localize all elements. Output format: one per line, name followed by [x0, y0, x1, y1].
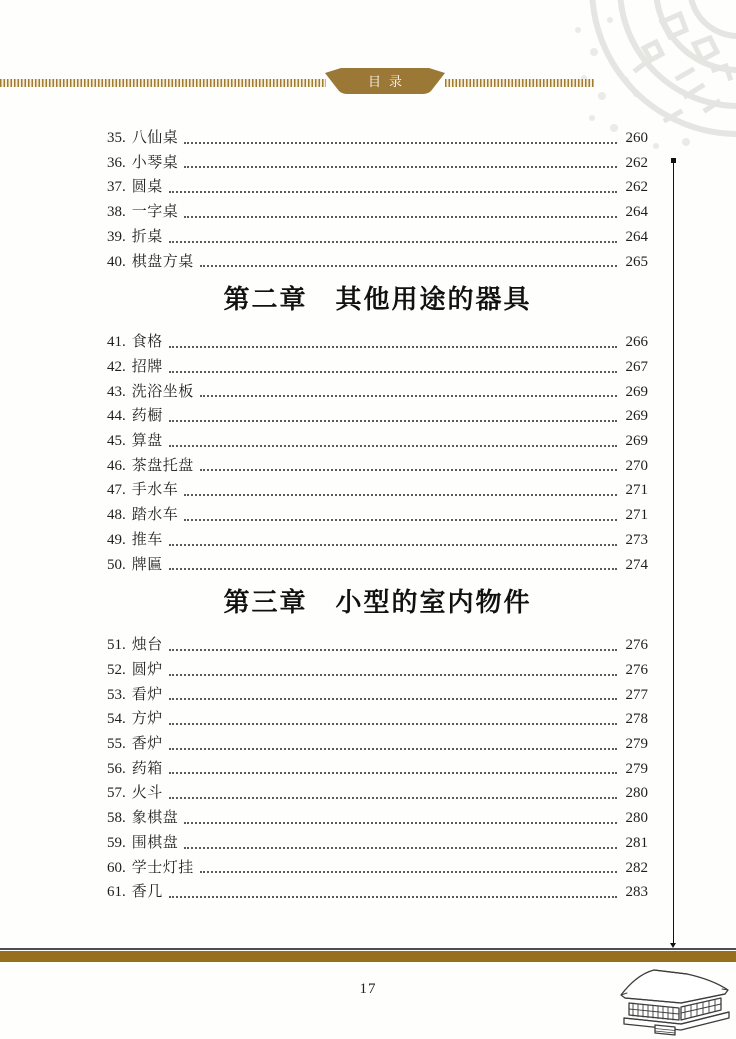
toc-entry: 41. 食格 266: [107, 330, 648, 355]
entry-page-ref: 270: [620, 454, 648, 479]
dot-leader: [184, 166, 617, 168]
entry-title: 香几: [132, 880, 163, 905]
entry-number: 57.: [107, 781, 126, 806]
entry-number: 47.: [107, 478, 126, 503]
toc-entry: 42. 招牌 267: [107, 355, 648, 380]
entry-page-ref: 280: [620, 806, 648, 831]
toc-entry: 59. 围棋盘 281: [107, 831, 648, 856]
entry-title: 八仙桌: [132, 126, 179, 151]
toc-entry: 45. 算盘 269: [107, 429, 648, 454]
entry-page-ref: 265: [620, 250, 648, 275]
entry-title: 食格: [132, 330, 163, 355]
pavilion-icon: [617, 962, 733, 1037]
entry-number: 45.: [107, 429, 126, 454]
entry-number: 51.: [107, 633, 126, 658]
entry-page-ref: 262: [620, 175, 648, 200]
toc-entry: 48. 踏水车 271: [107, 503, 648, 528]
entry-number: 60.: [107, 856, 126, 881]
entry-page-ref: 271: [620, 503, 648, 528]
dot-leader: [169, 241, 617, 243]
dot-leader: [169, 544, 617, 546]
entry-title: 火斗: [132, 781, 163, 806]
entry-number: 38.: [107, 200, 126, 225]
entry-number: 40.: [107, 250, 126, 275]
dot-leader: [169, 748, 617, 750]
entry-title: 牌匾: [132, 553, 163, 578]
toc-entry: 54. 方炉 278: [107, 707, 648, 732]
entry-page-ref: 283: [620, 880, 648, 905]
chapter-heading: 第三章 小型的室内物件: [107, 587, 648, 619]
entry-title: 香炉: [132, 732, 163, 757]
dot-leader: [200, 469, 617, 471]
entry-page-ref: 269: [620, 429, 648, 454]
entry-number: 49.: [107, 528, 126, 553]
dot-leader: [169, 420, 617, 422]
entry-number: 35.: [107, 126, 126, 151]
entry-page-ref: 273: [620, 528, 648, 553]
entry-title: 烛台: [132, 633, 163, 658]
entry-page-ref: 274: [620, 553, 648, 578]
header-hatch-rule-right: [445, 79, 594, 87]
toc-entry: 57. 火斗 280: [107, 781, 648, 806]
dot-leader: [169, 371, 617, 373]
entry-number: 44.: [107, 404, 126, 429]
toc-entry: 46. 茶盘托盘 270: [107, 454, 648, 479]
vertical-arrow-rule: [669, 158, 677, 948]
chapter-heading: 第二章 其他用途的器具: [107, 284, 648, 316]
entry-title: 手水车: [132, 478, 179, 503]
entry-page-ref: 262: [620, 151, 648, 176]
dot-leader: [169, 649, 617, 651]
arrow-shaft: [673, 160, 674, 944]
entry-page-ref: 271: [620, 478, 648, 503]
entry-title: 招牌: [132, 355, 163, 380]
toc-entry: 36. 小琴桌 262: [107, 151, 648, 176]
entry-number: 55.: [107, 732, 126, 757]
entry-page-ref: 281: [620, 831, 648, 856]
toc-entry: 40. 棋盘方桌 265: [107, 250, 648, 275]
dot-leader: [169, 772, 617, 774]
entry-page-ref: 279: [620, 757, 648, 782]
entry-title: 圆炉: [132, 658, 163, 683]
toc-header-banner: 目录: [325, 68, 445, 94]
toc-entry: 60. 学士灯挂 282: [107, 856, 648, 881]
footer-brown-bar: [0, 951, 736, 962]
toc-entry: 61. 香几 283: [107, 880, 648, 905]
dot-leader: [184, 142, 617, 144]
entry-number: 36.: [107, 151, 126, 176]
entry-page-ref: 269: [620, 404, 648, 429]
dot-leader: [169, 674, 617, 676]
dot-leader: [169, 698, 617, 700]
dot-leader: [184, 822, 617, 824]
dot-leader: [200, 265, 617, 267]
entry-number: 42.: [107, 355, 126, 380]
entry-page-ref: 266: [620, 330, 648, 355]
entry-title: 圆桌: [132, 175, 163, 200]
entry-number: 41.: [107, 330, 126, 355]
toc-list: 35. 八仙桌 260 36. 小琴桌 262 37. 圆桌 262 38. 一…: [107, 126, 648, 905]
entry-title: 茶盘托盘: [132, 454, 194, 479]
toc-entry: 55. 香炉 279: [107, 732, 648, 757]
entry-number: 43.: [107, 380, 126, 405]
dot-leader: [184, 519, 617, 521]
dot-leader: [169, 445, 617, 447]
toc-banner-label: 目录: [325, 68, 445, 94]
entry-title: 一字桌: [132, 200, 179, 225]
entry-number: 50.: [107, 553, 126, 578]
header-hatch-rule-left: [0, 79, 326, 87]
entry-title: 看炉: [132, 683, 163, 708]
entry-number: 37.: [107, 175, 126, 200]
entry-page-ref: 269: [620, 380, 648, 405]
toc-entry: 38. 一字桌 264: [107, 200, 648, 225]
dot-leader: [184, 494, 617, 496]
entry-number: 58.: [107, 806, 126, 831]
entry-title: 洗浴坐板: [132, 380, 194, 405]
entry-page-ref: 260: [620, 126, 648, 151]
entry-title: 学士灯挂: [132, 856, 194, 881]
entry-title: 象棋盘: [132, 806, 179, 831]
entry-page-ref: 267: [620, 355, 648, 380]
toc-entry: 47. 手水车 271: [107, 478, 648, 503]
entry-title: 棋盘方桌: [132, 250, 194, 275]
entry-page-ref: 282: [620, 856, 648, 881]
toc-entry: 50. 牌匾 274: [107, 553, 648, 578]
entry-page-ref: 276: [620, 633, 648, 658]
toc-entry: 39. 折桌 264: [107, 225, 648, 250]
dot-leader: [169, 896, 617, 898]
entry-number: 54.: [107, 707, 126, 732]
footer-thin-rule: [0, 948, 736, 950]
entry-page-ref: 276: [620, 658, 648, 683]
dot-leader: [184, 216, 617, 218]
entry-number: 56.: [107, 757, 126, 782]
entry-number: 52.: [107, 658, 126, 683]
entry-page-ref: 264: [620, 200, 648, 225]
entry-page-ref: 279: [620, 732, 648, 757]
entry-number: 39.: [107, 225, 126, 250]
dot-leader: [169, 191, 617, 193]
dot-leader: [169, 568, 617, 570]
toc-entry: 52. 圆炉 276: [107, 658, 648, 683]
dot-leader: [169, 346, 617, 348]
toc-entry: 37. 圆桌 262: [107, 175, 648, 200]
dot-leader: [200, 871, 617, 873]
entry-page-ref: 277: [620, 683, 648, 708]
entry-title: 算盘: [132, 429, 163, 454]
toc-entry: 53. 看炉 277: [107, 683, 648, 708]
toc-entry: 58. 象棋盘 280: [107, 806, 648, 831]
entry-page-ref: 264: [620, 225, 648, 250]
entry-number: 61.: [107, 880, 126, 905]
entry-number: 53.: [107, 683, 126, 708]
entry-title: 折桌: [132, 225, 163, 250]
entry-number: 59.: [107, 831, 126, 856]
entry-title: 踏水车: [132, 503, 179, 528]
entry-page-ref: 278: [620, 707, 648, 732]
entry-title: 小琴桌: [132, 151, 179, 176]
toc-entry: 56. 药箱 279: [107, 757, 648, 782]
entry-title: 药箱: [132, 757, 163, 782]
toc-entry: 35. 八仙桌 260: [107, 126, 648, 151]
entry-title: 方炉: [132, 707, 163, 732]
entry-page-ref: 280: [620, 781, 648, 806]
dot-leader: [169, 797, 617, 799]
dot-leader: [200, 395, 617, 397]
toc-entry: 51. 烛台 276: [107, 633, 648, 658]
toc-entry: 43. 洗浴坐板 269: [107, 380, 648, 405]
toc-entry: 49. 推车 273: [107, 528, 648, 553]
entry-number: 46.: [107, 454, 126, 479]
toc-entry: 44. 药橱 269: [107, 404, 648, 429]
dot-leader: [169, 723, 617, 725]
entry-title: 药橱: [132, 404, 163, 429]
entry-title: 围棋盘: [132, 831, 179, 856]
entry-number: 48.: [107, 503, 126, 528]
entry-title: 推车: [132, 528, 163, 553]
dot-leader: [184, 847, 617, 849]
